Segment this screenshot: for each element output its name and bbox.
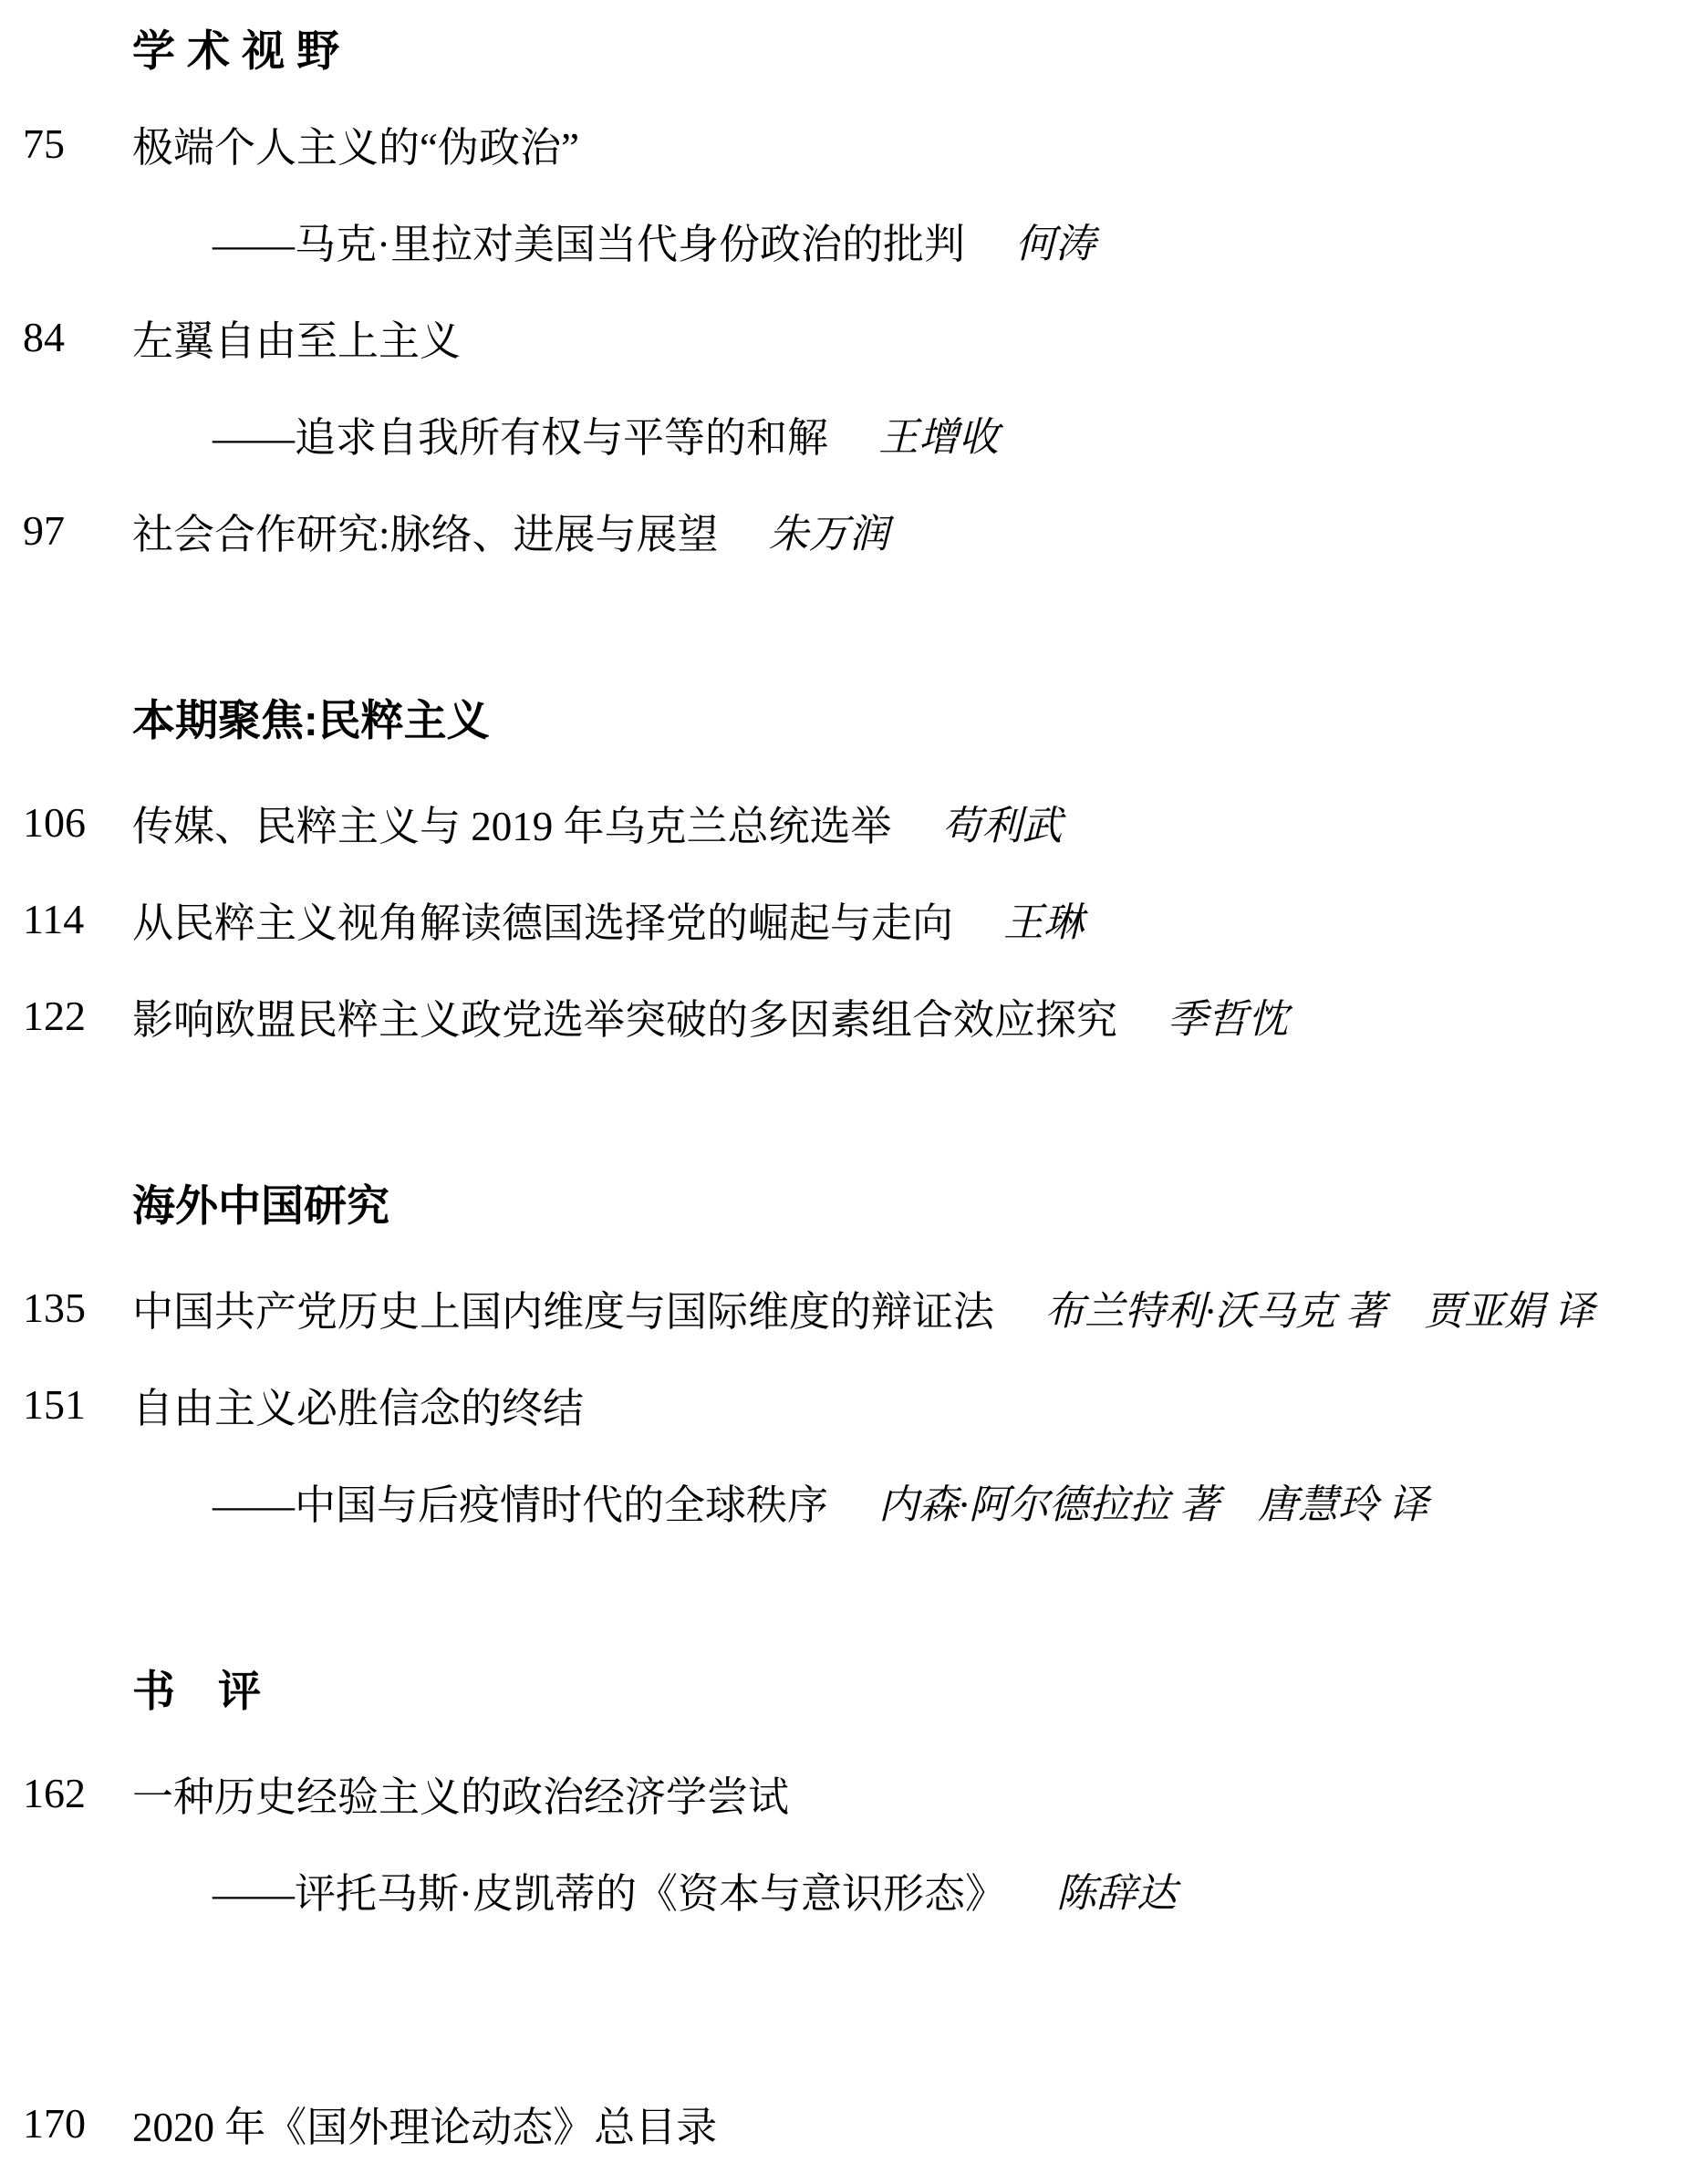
toc-entry: 84 左翼自由至上主义 <box>0 288 1692 385</box>
toc-entry: ——评托马斯·皮凯蒂的《资本与意识形态》 陈辞达 <box>0 1841 1692 1938</box>
entry-authors: 陈辞达 <box>1056 1860 1177 1919</box>
author-name: 贾亚娟 译 <box>1424 1278 1594 1336</box>
entry-title: 影响欧盟民粹主义政党选举突破的多因素组合效应探究 <box>132 986 1117 1045</box>
toc-entry: 106 传媒、民粹主义与 2019 年乌克兰总统选举 苟利武 <box>0 774 1692 870</box>
entry-authors: 何涛 <box>1015 211 1095 269</box>
entry-authors: 朱万润 <box>769 501 889 559</box>
entry-authors: 王增收 <box>878 404 999 463</box>
entry-title: 中国共产党历史上国内维度与国际维度的辩证法 <box>132 1278 994 1337</box>
author-name: 内森·阿尔德拉拉 著 <box>878 1472 1220 1530</box>
toc-section: 海外中国研究 135 中国共产党历史上国内维度与国际维度的辩证法 布兰特利·沃马… <box>0 1146 1692 1549</box>
section-items: 106 传媒、民粹主义与 2019 年乌克兰总统选举 苟利武 114 从民粹主义… <box>0 774 1692 1064</box>
entry-title: ——中国与后疫情时代的全球秩序 <box>132 1472 828 1531</box>
toc-page: 学 术 视 野 75 极端个人主义的“伪政治” ——马克·里拉对美国当代身份政治… <box>0 0 1692 2184</box>
entry-title: 左翼自由至上主义 <box>132 307 461 367</box>
toc-section: 本期聚焦:民粹主义 106 传媒、民粹主义与 2019 年乌克兰总统选举 苟利武… <box>0 660 1692 1064</box>
entry-authors: 苟利武 <box>942 793 1063 851</box>
section-items: 162 一种历史经验主义的政治经济学尝试 ——评托马斯·皮凯蒂的《资本与意识形态… <box>0 1744 1692 2171</box>
section-heading: 本期聚焦:民粹主义 <box>132 660 1692 774</box>
entry-page-number: 135 <box>23 1284 132 1332</box>
toc-entry: ——追求自我所有权与平等的和解 王增收 <box>0 385 1692 482</box>
toc-entry: 97 社会合作研究:脉络、进展与展望 朱万润 <box>0 482 1692 578</box>
section-heading: 书 评 <box>132 1631 1692 1744</box>
entry-authors: 内森·阿尔德拉拉 著唐慧玲 译 <box>878 1472 1428 1530</box>
toc-entry: ——中国与后疫情时代的全球秩序 内森·阿尔德拉拉 著唐慧玲 译 <box>0 1452 1692 1549</box>
entry-page-number: 122 <box>23 992 132 1040</box>
toc-entry: 151 自由主义必胜信念的终结 <box>0 1356 1692 1452</box>
author-name: 陈辞达 <box>1056 1860 1177 1919</box>
entry-authors: 季哲忱 <box>1168 986 1288 1045</box>
author-name: 苟利武 <box>942 793 1063 851</box>
author-name: 朱万润 <box>769 501 889 559</box>
author-name: 季哲忱 <box>1168 986 1288 1045</box>
entry-title: ——评托马斯·皮凯蒂的《资本与意识形态》 <box>132 1860 1006 1919</box>
entry-page-number: 97 <box>23 506 132 555</box>
toc-entry: 75 极端个人主义的“伪政治” <box>0 95 1692 192</box>
entry-page-number: 114 <box>23 895 132 943</box>
entry-title: 自由主义必胜信念的终结 <box>132 1375 584 1434</box>
entry-title: 传媒、民粹主义与 2019 年乌克兰总统选举 <box>132 793 892 852</box>
author-name: 何涛 <box>1015 211 1095 269</box>
entry-title: 极端个人主义的“伪政治” <box>132 114 579 173</box>
toc-entry: 162 一种历史经验主义的政治经济学尝试 <box>0 1744 1692 1841</box>
toc-entry: 170 2020 年《国外理论动态》总目录 <box>0 2075 1692 2171</box>
section-items: 135 中国共产党历史上国内维度与国际维度的辩证法 布兰特利·沃马克 著贾亚娟 … <box>0 1259 1692 1549</box>
entry-page-number: 84 <box>23 313 132 361</box>
author-name: 王增收 <box>878 404 999 463</box>
section-heading: 学 术 视 野 <box>132 0 1692 95</box>
toc-entry: 135 中国共产党历史上国内维度与国际维度的辩证法 布兰特利·沃马克 著贾亚娟 … <box>0 1259 1692 1356</box>
entry-title: ——马克·里拉对美国当代身份政治的批判 <box>132 211 965 270</box>
toc-entry: 114 从民粹主义视角解读德国选择党的崛起与走向 王琳 <box>0 870 1692 967</box>
entry-page-number: 170 <box>23 2099 132 2148</box>
entry-page-number: 75 <box>23 120 132 168</box>
entry-title: 2020 年《国外理论动态》总目录 <box>132 2094 717 2153</box>
entry-authors: 王琳 <box>1003 889 1084 948</box>
toc-entry: 122 影响欧盟民粹主义政党选举突破的多因素组合效应探究 季哲忱 <box>0 967 1692 1064</box>
toc-section: 学 术 视 野 75 极端个人主义的“伪政治” ——马克·里拉对美国当代身份政治… <box>0 0 1692 578</box>
section-heading: 海外中国研究 <box>132 1146 1692 1259</box>
entry-page-number: 151 <box>23 1380 132 1429</box>
entry-title: ——追求自我所有权与平等的和解 <box>132 404 828 463</box>
toc-section: 书 评 162 一种历史经验主义的政治经济学尝试 ——评托马斯·皮凯蒂的《资本与… <box>0 1631 1692 2171</box>
author-name: 布兰特利·沃马克 著 <box>1044 1278 1386 1336</box>
entry-page-number: 162 <box>23 1769 132 1817</box>
entry-title: 从民粹主义视角解读德国选择党的崛起与走向 <box>132 889 953 949</box>
entry-page-number: 106 <box>23 798 132 847</box>
toc-content: 学 术 视 野 75 极端个人主义的“伪政治” ——马克·里拉对美国当代身份政治… <box>0 0 1692 2171</box>
entry-title: 一种历史经验主义的政治经济学尝试 <box>132 1763 789 1823</box>
section-items: 75 极端个人主义的“伪政治” ——马克·里拉对美国当代身份政治的批判 何涛 8… <box>0 95 1692 578</box>
entry-title: 社会合作研究:脉络、进展与展望 <box>132 501 719 560</box>
entry-authors: 布兰特利·沃马克 著贾亚娟 译 <box>1044 1278 1594 1336</box>
toc-entry: ——马克·里拉对美国当代身份政治的批判 何涛 <box>0 192 1692 288</box>
author-name: 唐慧玲 译 <box>1258 1472 1428 1530</box>
author-name: 王琳 <box>1003 889 1084 948</box>
